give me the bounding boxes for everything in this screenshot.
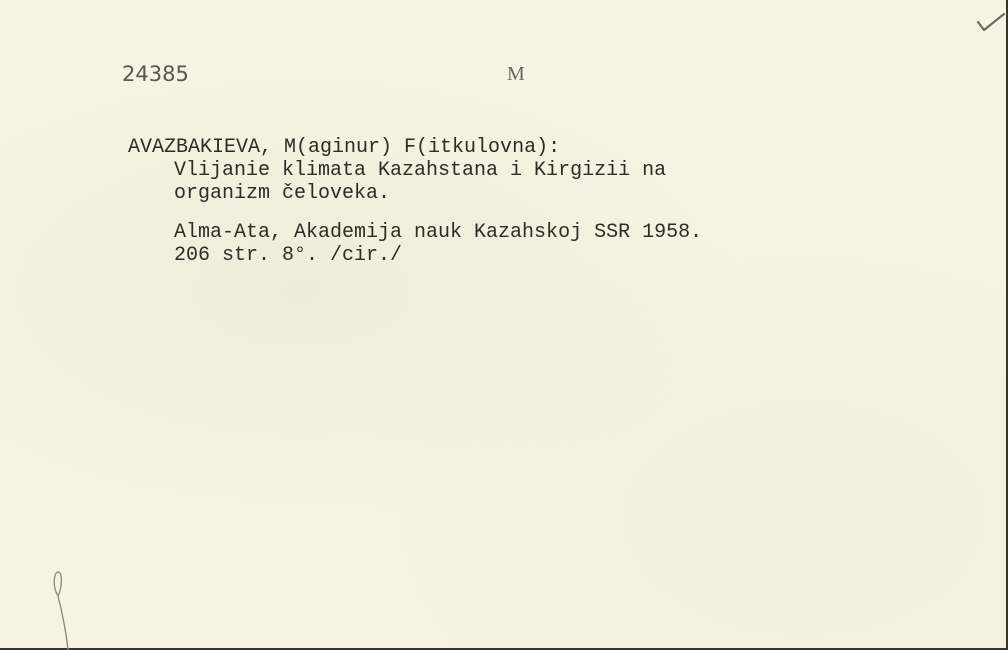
author-line: AVAZBAKIEVA, M(aginur) F(itkulovna): — [128, 137, 560, 159]
imprint-line: 206 str. 8°. /cir./ — [174, 245, 402, 267]
section-letter: M — [507, 63, 525, 86]
catalog-card: 24385 M AVAZBAKIEVA, M(aginur) F(itkulov… — [0, 0, 1008, 650]
pencil-annotation-icon — [48, 568, 78, 650]
catalog-number: 24385 — [122, 62, 189, 86]
checkmark-icon — [976, 10, 1006, 34]
title-line: organizm čeloveka. — [174, 183, 390, 205]
imprint-line: Alma-Ata, Akademija nauk Kazahskoj SSR 1… — [174, 222, 702, 244]
title-line: Vlijanie klimata Kazahstana i Kirgizii n… — [174, 160, 666, 182]
